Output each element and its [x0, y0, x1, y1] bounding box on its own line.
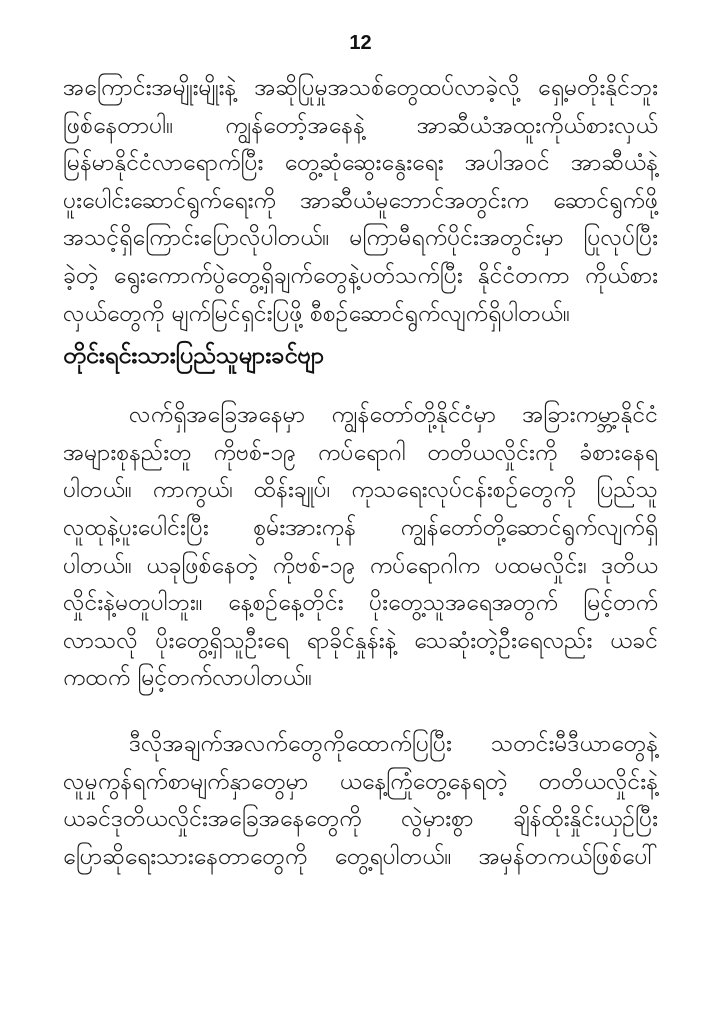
text-line: လူထုနဲ့ပူးပေါင်းပြီး စွမ်းအားကုန် ကျွန်တ… — [63, 510, 658, 548]
document-page: 12 အကြောင်းအမျိုးမျိုးနဲ့ အဆိုပြုမှုအသစ်… — [0, 0, 720, 1018]
text-line: လက်ရှိအခြေအနေမှာ ကျွန်တော်တို့နိုင်ငံမှာ… — [63, 397, 658, 435]
text-line: ဖြစ်နေတာပါ။ ကျွန်တော့်အနေနဲ့ အာဆီယံအထူးက… — [63, 108, 658, 146]
text-line: မြန်မာနိုင်ငံလာရောက်ပြီး တွေ့ဆုံဆွေးနွေး… — [63, 145, 658, 183]
text-line: အကြောင်းအမျိုးမျိုးနဲ့ အဆိုပြုမှုအသစ်တွေ… — [63, 70, 658, 108]
paragraph-2: လက်ရှိအခြေအနေမှာ ကျွန်တော်တို့နိုင်ငံမှာ… — [63, 397, 658, 698]
text-line: ယခင်ဒုတိယလှိုင်းအခြေအနေတွေကို လွဲမှားစွာ… — [63, 801, 658, 839]
paragraph-1: အကြောင်းအမျိုးမျိုးနဲ့ အဆိုပြုမှုအသစ်တွေ… — [63, 70, 658, 333]
text-line: အသင့်ရှိကြောင်းပြောလိုပါတယ်။ မကြာမီရက်ပိ… — [63, 220, 658, 258]
text-line: အများစုနည်းတူ ကိုဗစ်-၁၉ ကပ်ရောဂါ တတိယလှိ… — [63, 435, 658, 473]
text-line: လှိုင်းနဲ့မတူပါဘူး။ နေ့စဉ်နေ့တိုင်း ပိုး… — [63, 585, 658, 623]
text-line: လူမှုကွန်ရက်စာမျက်နှာတွေမှာ ယနေ့ကြုံတွေ့… — [63, 764, 658, 802]
section-heading: တိုင်းရင်းသားပြည်သူများခင်ဗျာ — [63, 336, 658, 374]
text-line: ပူးပေါင်းဆောင်ရွက်ရေးကို အာဆီယံမူဘောင်အတ… — [63, 183, 658, 221]
text-line: ခဲ့တဲ့ ရွေးကောက်ပွဲတွေ့ရှိချက်တွေနဲ့ပတ်သ… — [63, 258, 658, 296]
text-line: လှယ်တွေကို မျက်မြင်ရှင်းပြဖို့ စီစဉ်ဆောင… — [63, 296, 658, 334]
text-line: ပါတယ်။ ယခုဖြစ်နေတဲ့ ကိုဗစ်-၁၉ ကပ်ရောဂါက … — [63, 548, 658, 586]
page-content: အကြောင်းအမျိုးမျိုးနဲ့ အဆိုပြုမှုအသစ်တွေ… — [63, 70, 658, 876]
text-line: လာသလို ပိုးတွေ့ရှိသူဦးရေ ရာခိုင်နှုန်းနဲ… — [63, 623, 658, 661]
text-line: ဒီလိုအချက်အလက်တွေကိုထောက်ပြပြီး သတင်းမီဒ… — [63, 726, 658, 764]
text-line: ပါတယ်။ ကာကွယ်၊ ထိန်းချုပ်၊ ကုသရေးလုပ်ငန်… — [63, 472, 658, 510]
text-line: ပြောဆိုရေးသားနေတာတွေကို တွေ့ရပါတယ်။ အမှန… — [63, 839, 658, 877]
text-line: ကထက် မြင့်တက်လာပါတယ်။ — [63, 660, 658, 698]
paragraph-3: ဒီလိုအချက်အလက်တွေကိုထောက်ပြပြီး သတင်းမီဒ… — [63, 726, 658, 876]
page-number: 12 — [63, 32, 658, 55]
